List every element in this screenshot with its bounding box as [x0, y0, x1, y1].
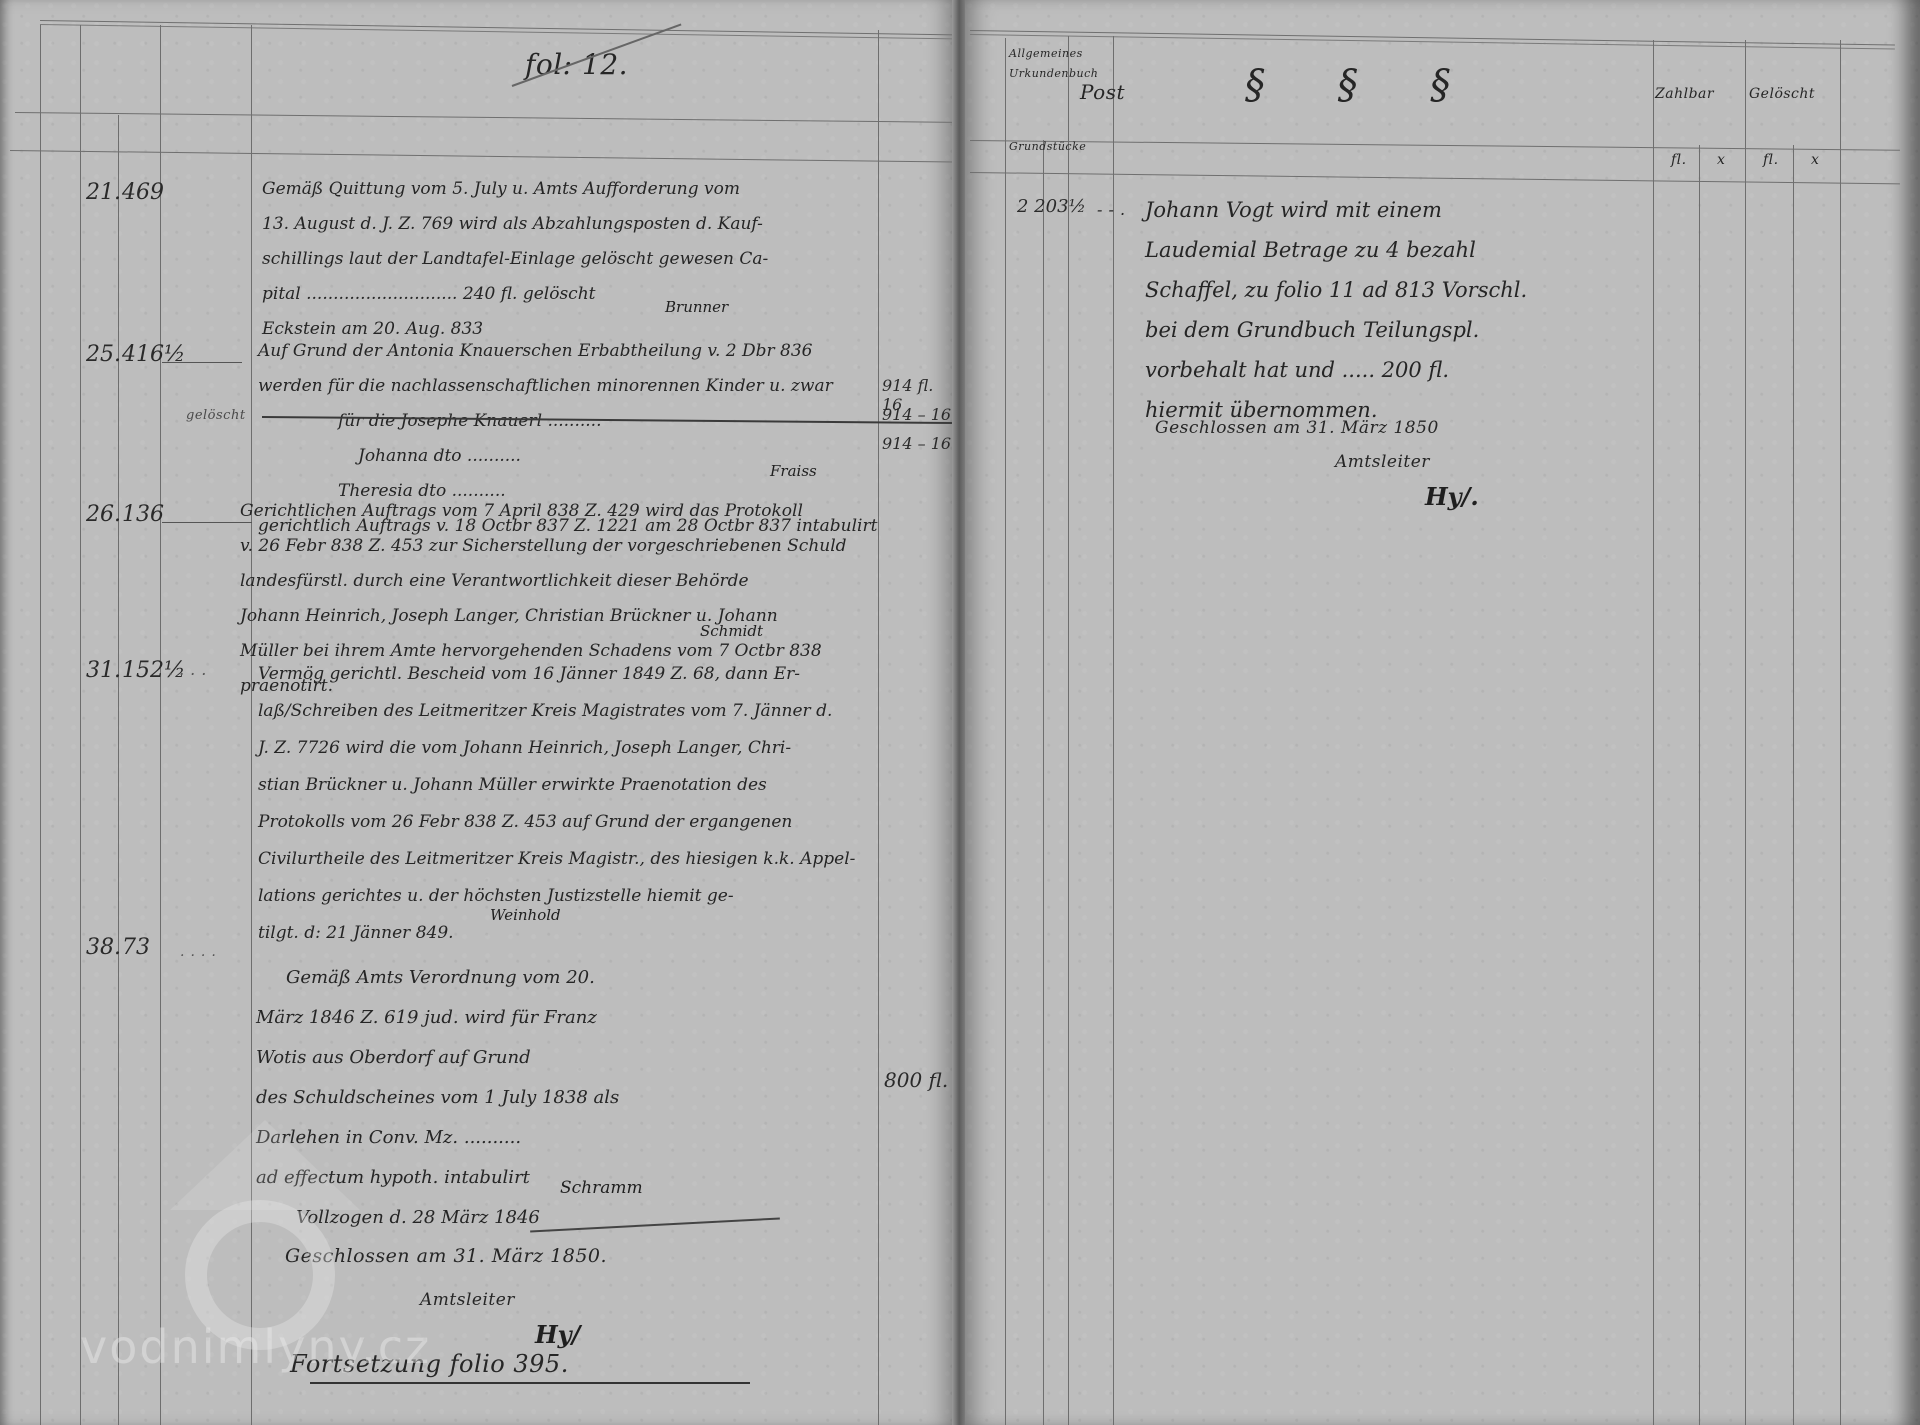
signature: Schmidt [700, 622, 763, 640]
column-header-post: Post [1080, 80, 1125, 104]
watermark-roof-icon [170, 1120, 360, 1210]
unit-x: x [1811, 152, 1819, 168]
left-page: fol: 12. 21. 469 Gemäß Quittung vom 5. J… [0, 0, 955, 1425]
authority-signature: Amtsleiter [1335, 452, 1430, 472]
signature: Weinhold [490, 906, 561, 924]
subheader-rule [970, 172, 1900, 184]
entry-ref: 469 [122, 180, 164, 205]
column-line [40, 25, 41, 1425]
top-rule [40, 20, 955, 39]
column-header-geloescht: Gelöscht [1749, 86, 1815, 102]
entry-number: 31. [86, 658, 121, 683]
column-line [1699, 145, 1700, 1425]
unit-x: x [1717, 152, 1725, 168]
subheader-rule [10, 150, 955, 163]
column-line [1043, 140, 1044, 1425]
entry-ref: 416½ [122, 342, 185, 367]
header-rule [970, 140, 1900, 151]
column-line [1653, 40, 1654, 1425]
signature: Schramm [560, 1178, 643, 1198]
column-dash [162, 362, 242, 363]
column-header-urkundenbuch: Allgemeines Urkundenbuch [1009, 44, 1067, 84]
column-header-paragraphs: § § § [1245, 62, 1480, 108]
authority-signature: Amtsleiter [420, 1290, 515, 1310]
unit-fl: fl. [1763, 152, 1779, 168]
column-line [1068, 36, 1069, 1425]
header-rule [15, 112, 955, 123]
column-line [878, 30, 879, 1425]
column-line [1005, 38, 1006, 1425]
column-line [80, 25, 81, 1425]
column-line [1113, 36, 1114, 1425]
column-dots: .... [168, 660, 212, 679]
column-line [118, 115, 119, 1425]
column-line [1745, 40, 1746, 1425]
column-line [160, 25, 161, 1425]
signature: Brunner [665, 298, 728, 316]
amount: 914 – 16 [882, 434, 951, 453]
transfer-underline [310, 1382, 750, 1384]
entry-text: Johann Vogt wird mit einem Laudemial Bet… [1145, 190, 1527, 430]
entry-number: 25. [86, 342, 121, 367]
unit-fl: fl. [1671, 152, 1687, 168]
book-spread: fol: 12. 21. 469 Gemäß Quittung vom 5. J… [0, 0, 1920, 1425]
column-line [1840, 40, 1841, 1425]
closed-line: Geschlossen am 31. März 1850 [1155, 418, 1439, 438]
amount: 800 fl. [884, 1068, 948, 1092]
entry-number: 38. [86, 935, 121, 960]
signature-mark: Hy/ [535, 1320, 580, 1349]
column-dots: .... [180, 944, 222, 960]
amount: 914 – 16 [882, 405, 951, 424]
column-header-zahlbar: Zahlbar [1655, 86, 1714, 102]
entry-text: Gemäß Quittung vom 5. July u. Amts Auffo… [262, 172, 768, 347]
column-subheader-grundstuecke: Grundstücke [1009, 140, 1086, 153]
entry-ref: 136 [122, 502, 164, 527]
right-page: Allgemeines Urkundenbuch Grundstücke Pos… [965, 0, 1920, 1425]
entry-number: 21. [86, 180, 121, 205]
column-line [1793, 145, 1794, 1425]
watermark-text: vodnimlyny.cz [80, 1320, 431, 1374]
entry-dots: - - . [1097, 200, 1126, 219]
signature-mark: Hy/. [1425, 482, 1479, 511]
top-rule [970, 30, 1895, 50]
column-dash [162, 522, 252, 523]
margin-note: gelöscht [186, 408, 246, 423]
signature: Fraiss [770, 462, 817, 480]
entry-ref: 73 [122, 935, 150, 960]
entry-number: 26. [86, 502, 121, 527]
entry-ref: 2 203½ [1017, 196, 1086, 217]
